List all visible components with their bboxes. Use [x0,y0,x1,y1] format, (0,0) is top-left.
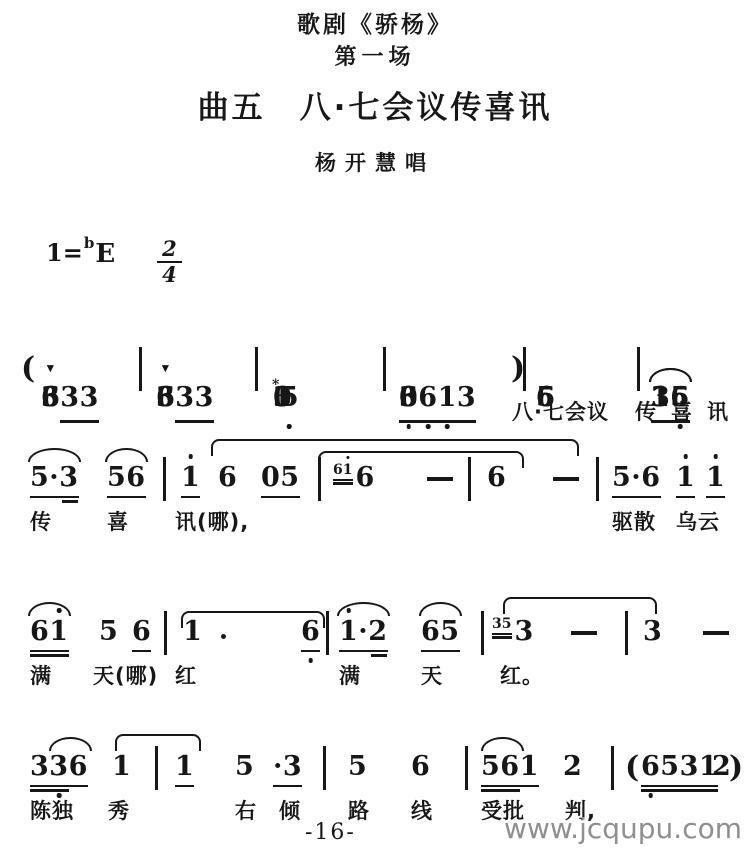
note: 561 [481,752,539,782]
digit: · [631,463,641,493]
low-octave-dot [426,424,431,429]
note-digits: 1 [676,463,695,493]
digit: 6 [421,617,440,647]
dash-bar [427,477,453,481]
dash-note [703,617,729,635]
note: 6 [487,463,506,493]
augmentation-dot [221,617,226,639]
note: 1 [181,463,200,493]
note-digits: 5 [235,752,254,782]
note: 616 [333,463,375,493]
note: 336 [30,752,88,782]
dot-glyph [221,634,226,639]
duration-underline [60,420,99,422]
duration-underline [30,650,69,652]
note: 5 [99,617,118,647]
barline [481,611,484,655]
digit: 5 [440,617,459,647]
note-digits: 5·3 [30,463,79,493]
slur-arc [419,602,462,616]
digit: 6 [132,617,151,647]
digit: 6 [69,752,88,782]
barline [383,347,386,391]
digit: 1 [49,617,68,647]
low-octave-dot [287,424,292,429]
low-octave-dot [308,658,313,663]
parenthesis: ( [625,752,639,784]
duration-underline [706,496,725,498]
note-digits: 6531 [641,752,718,782]
note-digits: 1 [706,463,725,493]
digit: 3 [643,617,662,647]
lyric: 满 [30,660,52,690]
digit: 1 [183,617,202,647]
lyric: 天 [421,660,443,690]
digit: 6 [126,463,145,493]
barline [163,457,166,501]
duration-underline [421,650,460,652]
phrase-slur [503,597,657,614]
digit: 3 [59,463,78,493]
note: 6 [411,752,430,782]
ornament-star: * [272,378,280,392]
duration-underline [339,650,388,652]
parenthesis-glyph: ( [21,353,35,385]
digit: 6 [156,383,175,413]
slur-arc [337,602,390,616]
slur-arc [28,448,81,462]
digit: 6 [356,463,375,493]
low-octave-dot [648,793,653,798]
digit: 5 [99,617,118,647]
note-digits: 6 [487,463,506,493]
digit: 3 [195,383,214,413]
barline [625,611,628,655]
digit: 6 [301,617,320,647]
digit: 3 [680,752,699,782]
duration-underline [132,650,151,652]
lyric: 传 [635,396,657,426]
barline [326,611,329,655]
digit: 2 [563,752,582,782]
note: 3 [643,617,662,647]
note: 6 [218,463,237,493]
note-digits: 6▼ [156,383,175,413]
note-digits: 6 [411,752,430,782]
barline [611,746,614,790]
note: 5 [235,752,254,782]
note-digits: 2 [563,752,582,782]
duration-underline [30,654,69,656]
note: ·3 [273,752,302,782]
digit: 6 [333,462,343,478]
duration-underline [333,479,353,481]
note-digits: 65 [421,617,460,647]
digit: 3 [399,383,418,413]
barline [323,746,326,790]
digit: 2 [368,617,387,647]
note: 1 [112,752,131,782]
digit: 6 [641,463,660,493]
parenthesis: ( [21,353,35,385]
low-octave-dot [406,424,411,429]
digit: 3 [49,752,68,782]
digit: 3 [457,383,476,413]
barline [596,457,599,501]
note-digits: 1 [183,617,202,647]
digit: 1 [181,463,200,493]
page-number: -16- [305,820,356,845]
duration-underline [30,496,79,498]
slur-arc [481,737,524,751]
duration-underline [181,496,200,498]
duration-underline [641,785,718,787]
note: 6 [132,617,151,647]
note-digits: 3 [643,617,662,647]
lyric: 讯(哪), [175,506,249,536]
lyric: 传 [30,506,52,536]
lyric: 红 [175,660,197,690]
note: 6531 [641,752,718,782]
digit: 3 [80,383,99,413]
digit: · [358,617,368,647]
note-digits: 1·2 [339,617,388,647]
grace-notes: 35 [492,616,512,632]
note-digits: 561 [481,752,539,782]
duration-underline [30,789,69,791]
digit: 6 [41,383,60,413]
digit: 5 [280,383,299,413]
note: 5·6 [612,463,661,493]
digit: 5 [348,752,367,782]
duration-underline [107,496,146,498]
note-digits: 5 [348,752,367,782]
note: 56 [107,463,146,493]
digit: 1 [343,462,353,478]
note: 2 [563,752,582,782]
note-digits: 1 [181,463,200,493]
note: 6▼ [41,383,60,413]
note: 3613 [399,383,476,413]
note-digits: 1 [175,752,194,782]
note-digits: 6 [218,463,237,493]
note-digits: 6 [132,617,151,647]
barline [155,746,158,790]
digit: 3 [30,752,49,782]
note-digits: 5·6 [612,463,661,493]
slur-arc [28,602,71,616]
parenthesis-glyph: ) [729,752,743,784]
lyric: 乌云 [676,506,720,536]
note-digits: 5 [99,617,118,647]
note-digits: ·3 [273,752,302,782]
lyric: 八·七会议 [512,396,609,426]
note: 6 [301,617,320,647]
note-digits: *5 [273,383,299,413]
note: 65 [421,617,460,647]
high-octave-dot [683,454,688,459]
duration-underline [481,789,520,791]
digit: 3 [175,383,194,413]
note: 6▼ [156,383,175,413]
lyric: 讯 [707,396,729,426]
note-digits: 61 [30,617,69,647]
note-digits: 3 [515,617,534,647]
phrase-slur [115,734,201,751]
digit: 1 [706,463,725,493]
duration-underline [175,420,214,422]
digit: 3 [492,616,502,632]
digit: 5 [660,752,679,782]
accent-mark: ▼ [47,365,54,374]
high-octave-dot [188,454,193,459]
lyric: 满 [339,660,361,690]
note: 1 [183,617,202,647]
lyric: 红。 [500,660,544,690]
duration-underline [492,636,512,638]
note: 5·3 [30,463,79,493]
duration-underline [30,785,88,787]
digit: 5 [30,463,49,493]
lyric: 驱散 [612,506,656,536]
lyric: 秀 [108,795,130,825]
digit: 5 [280,463,299,493]
digit: 3 [283,752,302,782]
note: 1 [175,752,194,782]
digit: 1 [520,752,539,782]
dash-bar [553,477,579,481]
digit: 6 [218,463,237,493]
digit: 1 [676,463,695,493]
low-octave-dot [445,424,450,429]
digit: 5 [107,463,126,493]
barline [139,347,142,391]
note: 1·2 [339,617,388,647]
duration-underline [399,420,476,422]
duration-underline [676,496,695,498]
barline [465,746,468,790]
note: 1 [676,463,695,493]
grace-notes: 61 [333,462,353,478]
digit: 5 [612,463,631,493]
lyric: 喜 [671,396,693,426]
accent-mark: ▼ [162,365,169,374]
note: 353 [492,617,534,647]
digit: 5 [235,752,254,782]
dash-note [553,463,579,481]
barline [318,457,321,501]
digit: · [49,463,59,493]
digit: 1 [339,617,358,647]
note-digits: 05 [261,463,300,493]
dash-note [427,463,453,481]
lyric: 天(哪) [93,660,158,690]
digit: 3 [515,617,534,647]
lyric: 倾 [279,795,301,825]
dash-bar [571,631,597,635]
score-line-2: 5·356160561665·611传喜讯(哪),驱散乌云 [15,433,743,545]
duration-underline [371,654,387,656]
digit: 5 [502,616,512,632]
slur-arc [649,368,692,382]
note-digits: 1 [112,752,131,782]
duration-underline [641,789,718,791]
lyric: 右 [235,795,257,825]
digit: 0 [261,463,280,493]
digit: · [273,752,283,782]
duration-underline [301,650,320,652]
note-digits: 56 [107,463,146,493]
note-digits: 3613 [399,383,476,413]
digit: 6 [30,617,49,647]
duration-underline [261,496,300,498]
duration-underline [612,496,661,498]
slur-arc [49,737,92,751]
digit: 6 [641,752,660,782]
duration-underline [175,785,194,787]
score: (6333▼6▼6333▼6▼130*5603613)665635361八·七会… [0,0,750,856]
barline [255,347,258,391]
sheet-music-page: 歌剧《骄杨》 第一场 曲五 八·七会议传喜讯 杨开慧唱 1= b E 2 4 (… [0,0,750,856]
digit: 3 [60,383,79,413]
note-digits: 6▼ [41,383,60,413]
digit: 6 [411,752,430,782]
digit: 1 [175,752,194,782]
parenthesis-glyph: ( [625,752,639,784]
score-line-1: (6333▼6▼6333▼6▼130*5603613)665635361八·七会… [15,323,743,435]
dash-note [571,617,597,635]
note-digits: 6 [301,617,320,647]
duration-underline [62,500,78,502]
note-digits: 6 [356,463,375,493]
parenthesis: ) [729,752,743,784]
duration-underline [333,482,353,484]
duration-underline [273,785,302,787]
barline [164,611,167,655]
note: 5 [348,752,367,782]
digit: 5 [481,752,500,782]
digit: 6 [500,752,519,782]
note: 1 [706,463,725,493]
lyric: 线 [411,795,433,825]
high-octave-dot [713,454,718,459]
digit: 6 [418,383,437,413]
note-digits: 336 [30,752,88,782]
score-line-3: 6156161·2653533满天(哪)红满天红。 [15,587,743,699]
lyric: 陈独 [30,795,74,825]
note: 05 [261,463,300,493]
note: *5 [273,383,299,413]
barline [637,347,640,391]
barline [523,347,526,391]
digit: 1 [438,383,457,413]
dash-bar [703,631,729,635]
watermark: www.jcqupu.com [504,812,742,845]
digit: 6 [487,463,506,493]
duration-underline [481,785,539,787]
lyric: 喜 [107,506,129,536]
duration-underline [492,633,512,635]
digit: 1 [112,752,131,782]
slur-arc [105,448,148,462]
barline [468,457,471,501]
note: 61 [30,617,69,647]
